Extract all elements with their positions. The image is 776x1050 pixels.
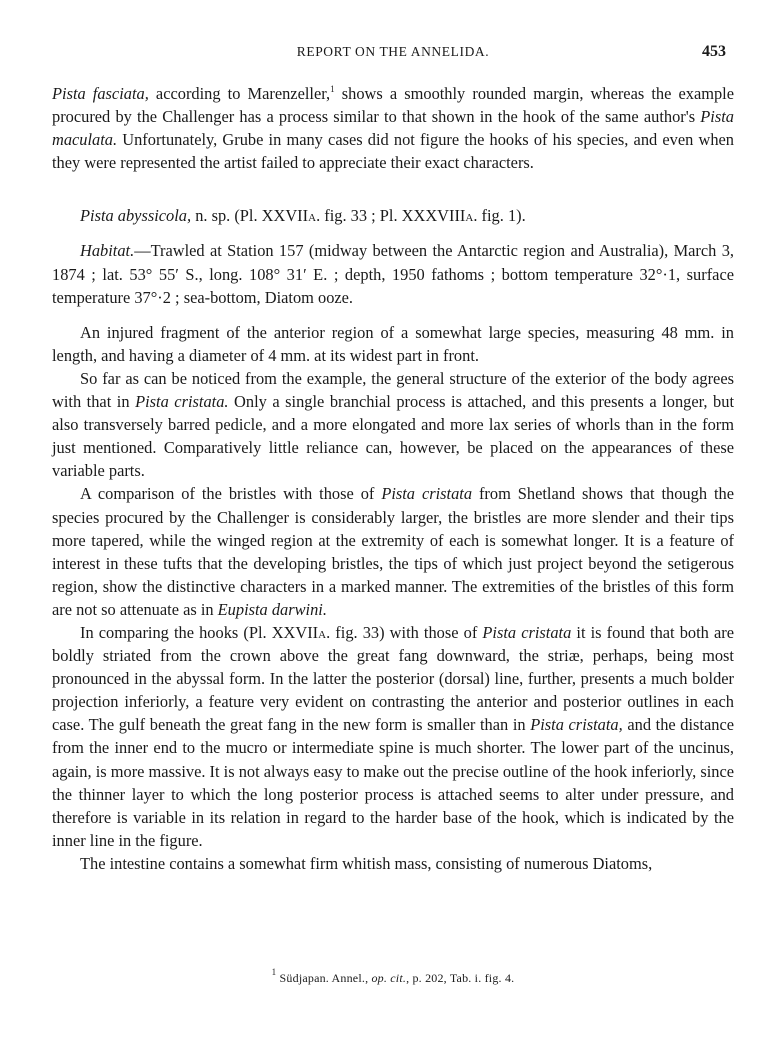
taxon-name: Pista fasciata, xyxy=(52,84,149,103)
taxon-name: Pista cristata, xyxy=(530,715,623,734)
paragraph-pista-fasciata: Pista fasciata, according to Marenzeller… xyxy=(52,82,734,174)
paragraph-hooks: In comparing the hooks (Pl. XXVIIa. fig.… xyxy=(52,621,734,852)
paragraph-structure: So far as can be noticed from the exampl… xyxy=(52,367,734,482)
species-heading: Pista abyssicola, n. sp. (Pl. XXVIIa. fi… xyxy=(52,204,734,227)
taxon-name: Pista cristata. xyxy=(135,392,228,411)
habitat-label: Habitat. xyxy=(80,241,134,260)
running-head: REPORT ON THE ANNELIDA. 453 xyxy=(52,44,734,64)
habitat-paragraph: Habitat.—Trawled at Station 157 (midway … xyxy=(52,239,734,308)
taxon-name: Pista cristata xyxy=(381,484,472,503)
running-title: REPORT ON THE ANNELIDA. xyxy=(52,44,734,60)
species-name: Pista abyssicola, xyxy=(80,206,191,225)
body-text: Pista fasciata, according to Marenzeller… xyxy=(52,82,734,875)
paragraph-description: An injured fragment of the anterior regi… xyxy=(52,321,734,367)
taxon-name: Pista cristata xyxy=(482,623,571,642)
taxon-name: Eupista darwini. xyxy=(218,600,327,619)
paragraph-intestine: The intestine contains a somewhat firm w… xyxy=(52,852,734,875)
paragraph-bristles: A comparison of the bristles with those … xyxy=(52,482,734,621)
footnote: 1 Südjapan. Annel., op. cit., p. 202, Ta… xyxy=(52,971,734,986)
page-number: 453 xyxy=(702,43,726,61)
